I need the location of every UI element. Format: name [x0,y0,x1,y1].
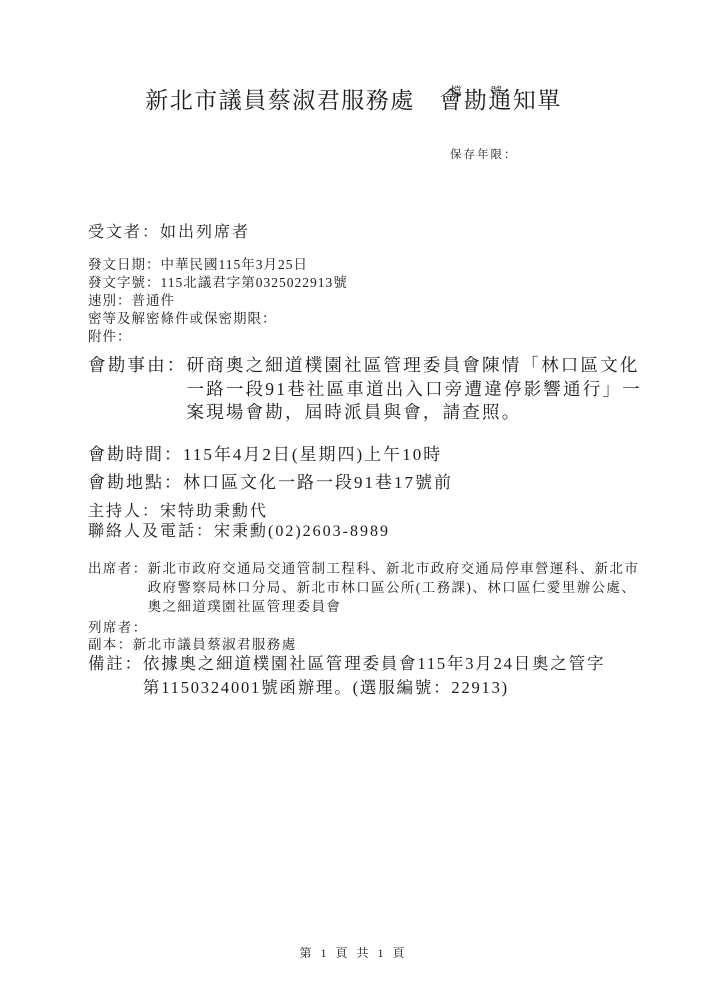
inspection-subject-text: 研商奧之細道樸園社區管理委員會陳情「林口區文化 一路一段91巷社區車道出入口旁遭… [187,354,642,425]
remarks-label: 備註： [88,652,143,700]
subject-line: 研商奧之細道樸園社區管理委員會陳情「林口區文化 [187,354,642,378]
meta-block: 發文日期：中華民國115年3月25日 發文字號：115北議君字第03250229… [88,256,348,346]
retention-period-label: 保存年限： [450,145,518,166]
inspection-subject-row: 會勘事由： 研商奧之細道樸園社區管理委員會陳情「林口區文化 一路一段91巷社區車… [88,354,642,425]
attendees-row: 出席者： 新北市政府交通局交通管制工程科、新北市政府交通局停車營運科、新北市 政… [88,559,639,616]
cc-label: 副本： [88,633,133,653]
page-number-footer: 第 1 頁 共 1 頁 [0,944,707,961]
attendees-line: 奧之細道璞園社區管理委員會 [148,597,640,616]
inspection-place-label: 會勘地點： [88,468,183,493]
meta-doc-number: 發文字號：115北議君字第0325022913號 [88,274,348,292]
meta-security-class: 密等及解密條件或保密期限： [88,310,348,328]
meta-attachment: 附件： [88,328,348,346]
remarks-line: 第1150324001號函辦理。(選服編號：22913) [143,676,605,700]
subject-line: 案現場會勘，屆時派員與會，請查照。 [187,401,642,425]
inspection-subject-label: 會勘事由： [88,354,187,425]
inspection-time-row: 會勘時間： 115年4月2日(星期四)上午10時 [88,440,442,465]
contact-value: 宋秉勳(02)2603-8989 [214,518,390,541]
recipient-label: 受文者： [88,224,160,241]
document-title: 新北市議員蔡淑君服務處 會勘通知單 [0,82,707,115]
meta-speed-class: 速別：普通件 [88,292,348,310]
inspection-place-row: 會勘地點： 林口區文化一路一段91巷17號前 [88,468,453,493]
remarks-row: 備註： 依據奧之細道樸園社區管理委員會115年3月24日奧之管字 第115032… [88,652,605,700]
file-info-block: 檔 號： 保存年限： [450,40,518,208]
contact-label: 聯絡人及電話： [88,518,214,541]
meta-issue-date: 發文日期：中華民國115年3月25日 [88,256,348,274]
inspection-place-value: 林口區文化一路一段91巷17號前 [183,468,453,493]
remarks-text: 依據奧之細道樸園社區管理委員會115年3月24日奧之管字 第1150324001… [143,652,605,700]
contact-row: 聯絡人及電話： 宋秉勳(02)2603-8989 [88,518,390,541]
recipient-line: 受文者：如出列席者 [88,219,250,242]
subject-line: 一路一段91巷社區車道出入口旁遭違停影響通行」一 [187,378,642,402]
inspection-time-label: 會勘時間： [88,440,183,465]
attendees-line: 新北市政府交通局交通管制工程科、新北市政府交通局停車營運科、新北市 [148,559,640,578]
cc-value: 新北市議員蔡淑君服務處 [133,633,297,653]
meeting-notice-document: 檔 號： 保存年限： 新北市議員蔡淑君服務處 會勘通知單 受文者：如出列席者 發… [0,0,707,1000]
cc-row: 副本： 新北市議員蔡淑君服務處 [88,633,297,653]
attendees-line: 政府警察局林口分局、新北市林口區公所(工務課)、林口區仁愛里辦公處、 [148,578,640,597]
remarks-line: 依據奧之細道樸園社區管理委員會115年3月24日奧之管字 [143,652,605,676]
attendees-label: 出席者： [88,559,148,616]
inspection-time-value: 115年4月2日(星期四)上午10時 [183,440,442,465]
attendees-text: 新北市政府交通局交通管制工程科、新北市政府交通局停車營運科、新北市 政府警察局林… [148,559,640,616]
recipient-value: 如出列席者 [160,224,250,241]
